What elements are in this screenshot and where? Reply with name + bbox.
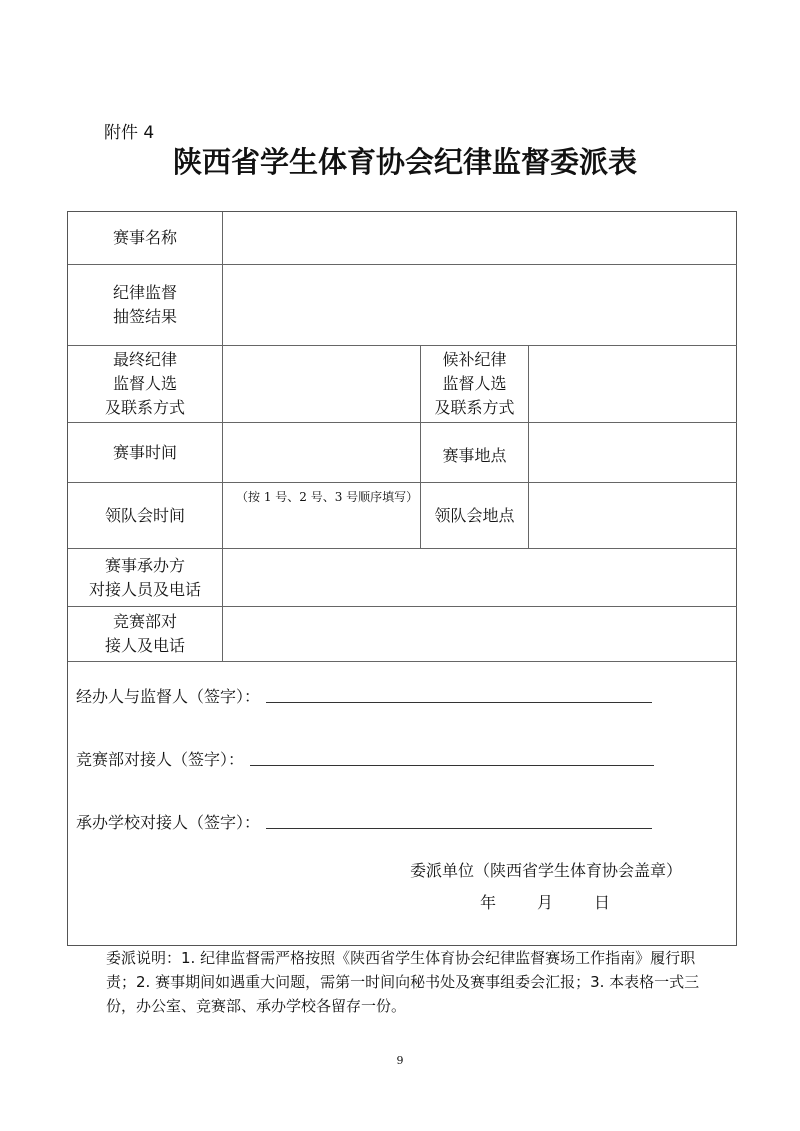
event-time-field[interactable] bbox=[223, 423, 421, 483]
event-name-field[interactable] bbox=[223, 212, 737, 265]
school-signature-row: 承办学校对接人（签字）： bbox=[76, 810, 652, 833]
host-contact-label: 赛事承办方对接人员及电话 bbox=[68, 549, 223, 607]
handler-signature-line[interactable] bbox=[266, 701, 652, 703]
stamp-label: 委派单位（陕西省学生体育协会盖章） bbox=[410, 858, 682, 881]
handler-signature-row: 经办人与监督人（签字）： bbox=[76, 684, 652, 707]
event-place-label: 赛事地点 bbox=[421, 423, 529, 483]
alternate-supervisor-label: 候补纪律监督人选及联系方式 bbox=[421, 346, 529, 423]
dept-contact-label: 竞赛部对接人及电话 bbox=[68, 607, 223, 662]
assignment-description: 委派说明：1. 纪律监督需严格按照《陕西省学生体育协会纪律监督赛场工作指南》履行… bbox=[106, 946, 716, 1018]
host-contact-field[interactable] bbox=[223, 549, 737, 607]
dept-signature-label: 竞赛部对接人（签字）： bbox=[76, 747, 244, 770]
leader-meeting-time-field[interactable] bbox=[223, 483, 421, 549]
leader-meeting-place-field[interactable] bbox=[529, 483, 737, 549]
school-signature-line[interactable] bbox=[266, 827, 652, 829]
date-day: 日 bbox=[594, 890, 610, 913]
assignment-form-table: 赛事名称 纪律监督抽签结果 （按 1 号、2 号、3 号顺序填写） 最终纪律监督… bbox=[67, 211, 737, 946]
event-place-field[interactable] bbox=[529, 423, 737, 483]
dept-signature-row: 竞赛部对接人（签字）： bbox=[76, 747, 654, 770]
page-number: 9 bbox=[0, 1054, 800, 1067]
leader-meeting-place-label: 领队会地点 bbox=[421, 483, 529, 549]
event-time-label: 赛事时间 bbox=[68, 423, 223, 483]
dept-contact-field[interactable] bbox=[223, 607, 737, 662]
lottery-result-field[interactable] bbox=[223, 265, 737, 346]
alternate-supervisor-field[interactable] bbox=[529, 346, 737, 423]
final-supervisor-field[interactable] bbox=[223, 346, 421, 423]
handler-signature-label: 经办人与监督人（签字）： bbox=[76, 684, 260, 707]
lottery-result-label: 纪律监督抽签结果 bbox=[68, 265, 223, 346]
school-signature-label: 承办学校对接人（签字）： bbox=[76, 810, 260, 833]
leader-meeting-time-label: 领队会时间 bbox=[68, 483, 223, 549]
final-supervisor-label: 最终纪律监督人选及联系方式 bbox=[68, 346, 223, 423]
page-title: 陕西省学生体育协会纪律监督委派表 bbox=[0, 140, 800, 181]
event-name-label: 赛事名称 bbox=[68, 212, 223, 265]
date-month: 月 bbox=[537, 890, 553, 913]
date-year: 年 bbox=[480, 890, 496, 913]
dept-signature-line[interactable] bbox=[250, 764, 654, 766]
